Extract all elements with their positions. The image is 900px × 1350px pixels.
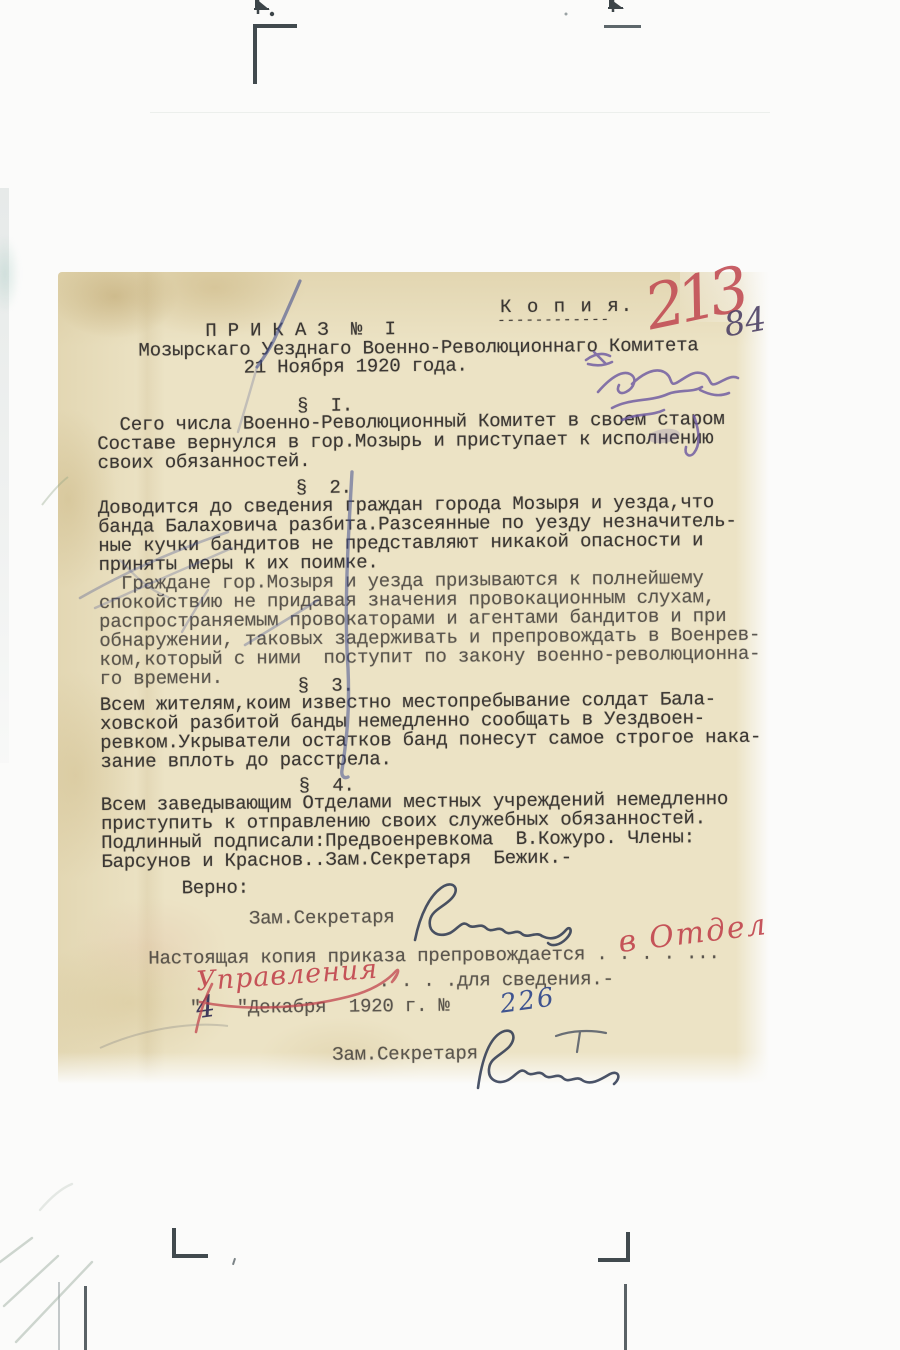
copy-underline: ------------: [497, 311, 610, 331]
scanned-document-page: К о п и я. ------------ П Р И К А З № I …: [0, 0, 900, 1350]
order-date: 21 Ноября 1920 года.: [244, 356, 468, 377]
deputy-secretary-line: Зам.Секретаря: [249, 908, 395, 928]
section-1-paragraph: Сего числа Военно-Революционный Комитет …: [97, 410, 725, 473]
section-2-paragraph-a: Доводится до сведения граждан города Моз…: [98, 493, 737, 575]
section-3-paragraph: Всем жителям,коим известно местопребыван…: [100, 690, 762, 772]
typed-text-layer: К о п и я. ------------ П Р И К А З № I …: [0, 0, 900, 1350]
for-information-line: . . . .для сведения.-: [378, 970, 613, 991]
date-line-typed: "Декабря 1920 г. №: [237, 997, 450, 1018]
deputy-secretary-line-2: Зам.Секретаря: [332, 1044, 478, 1064]
certified-label: Верно:: [182, 879, 249, 899]
section-2-paragraph-b: Граждане гор.Мозыря и уезда призываются …: [99, 569, 761, 689]
dark-page-number: 84: [721, 299, 769, 345]
section-4-paragraph: Всем заведывающим Отделами местных учреж…: [101, 790, 729, 872]
